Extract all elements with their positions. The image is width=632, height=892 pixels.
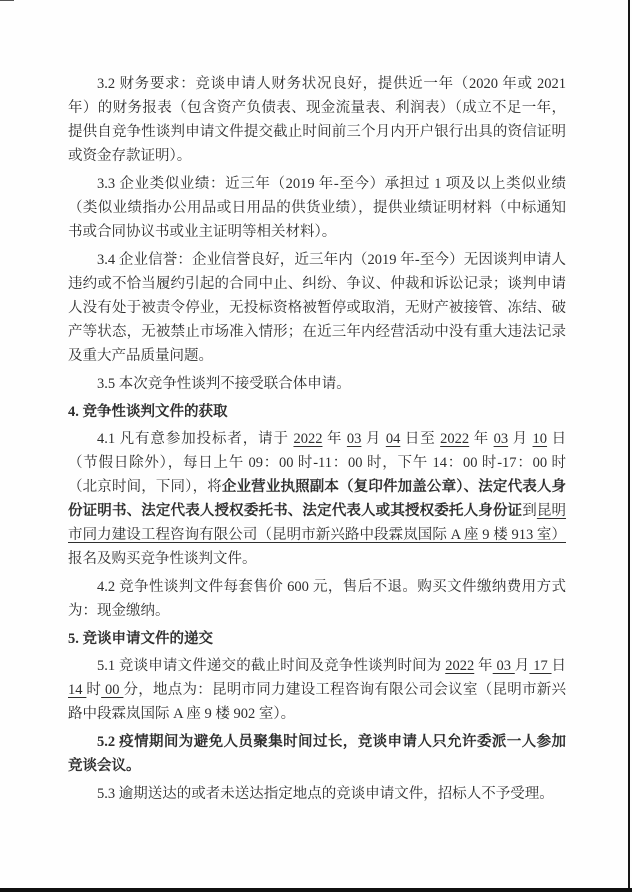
text-run-underline: 2022 [440,431,469,447]
text-run-underline: 2022 [293,431,322,447]
section-heading: 5. 竞谈申请文件的递交 [68,627,566,651]
text-run: 4.2 竞争性谈判文件每套售价 600 元，售后不退。购买文件缴纳费用方式为：现… [68,579,566,619]
text-run: 月 [515,658,530,674]
text-run: 日至 [400,431,440,447]
text-run: 年 [322,431,346,447]
text-run-bold: 5.2 疫情期间为避免人员聚集时间过长，竞谈申请人只允许委派一人参加竞谈会议。 [68,734,566,774]
paragraph: 3.5 本次竞争性谈判不接受联合体申请。 [68,372,566,396]
paragraph: 4.1 凡有意参加投标者，请于 2022 年 03 月 04 日至 2022 年… [68,427,566,571]
text-run-underline: 03 [494,431,509,447]
document-body: 3.2 财务要求：竞谈申请人财务状况良好，提供近一年（2020 年或 2021 … [68,72,566,810]
text-run-underline: 04 [386,431,401,447]
text-run: 时 [86,682,101,698]
scan-edge-top [0,0,14,1]
paragraph: 3.4 企业信誉：企业信誉良好，近三年内（2019 年-至今）无因谈判申请人违约… [68,248,566,368]
text-run: 到 [522,503,537,519]
text-run: 年 [474,658,492,674]
scan-edge-bottom [0,888,632,892]
text-run: 日 [552,658,567,674]
text-run-underline: 03 [347,431,362,447]
text-run: 3.3 企业类似业绩：近三年（2019 年-至今）承担过 1 项及以上类似业绩（… [68,176,566,240]
paragraph: 5.2 疫情期间为避免人员聚集时间过长，竞谈申请人只允许委派一人参加竞谈会议。 [68,730,566,778]
text-run: 月 [361,431,385,447]
text-run-underline: 03 [493,658,515,674]
text-run-underline: 2022 [445,658,474,674]
paragraph: 5.3 逾期送达的或者未送达指定地点的竞谈申请文件，招标人不予受理。 [68,782,566,806]
text-run: 4.1 凡有意参加投标者，请于 [97,431,293,447]
text-run-underline: 17 [529,658,551,674]
paragraph: 5.1 竞谈申请文件递交的截止时间及竞争性谈判时间为 2022 年 03 月 1… [68,654,566,726]
section-heading: 4. 竞争性谈判文件的获取 [68,400,566,424]
text-run-underline: 14 [68,682,86,698]
text-run: 月 [508,431,532,447]
text-run: 报名及购买竞争性谈判文件。 [68,551,257,567]
document-page: 3.2 财务要求：竞谈申请人财务状况良好，提供近一年（2020 年或 2021 … [0,0,632,892]
text-run: 3.4 企业信誉：企业信誉良好，近三年内（2019 年-至今）无因谈判申请人违约… [68,252,566,364]
paragraph: 4.2 竞争性谈判文件每套售价 600 元，售后不退。购买文件缴纳费用方式为：现… [68,575,566,623]
text-run-underline: 10 [533,431,548,447]
text-run: 5.1 竞谈申请文件递交的截止时间及竞争性谈判时间为 [97,658,445,674]
text-run: 5. 竞谈申请文件的递交 [68,631,213,647]
paragraph: 3.2 财务要求：竞谈申请人财务状况良好，提供近一年（2020 年或 2021 … [68,72,566,168]
text-run: 5.3 逾期送达的或者未送达指定地点的竞谈申请文件，招标人不予受理。 [97,786,554,802]
text-run: 3.2 财务要求：竞谈申请人财务状况良好，提供近一年（2020 年或 2021 … [68,76,566,164]
text-run: 3.5 本次竞争性谈判不接受联合体申请。 [97,376,351,392]
text-run: 分，地点为：昆明市同力建设工程咨询有限公司会议室（昆明市新兴路中段霖岚国际 A … [68,682,566,722]
paragraph: 3.3 企业类似业绩：近三年（2019 年-至今）承担过 1 项及以上类似业绩（… [68,172,566,244]
text-run-underline: 00 [101,682,123,698]
text-run: 年 [469,431,493,447]
text-run: 4. 竞争性谈判文件的获取 [68,404,228,420]
scan-edge-right [628,0,630,892]
